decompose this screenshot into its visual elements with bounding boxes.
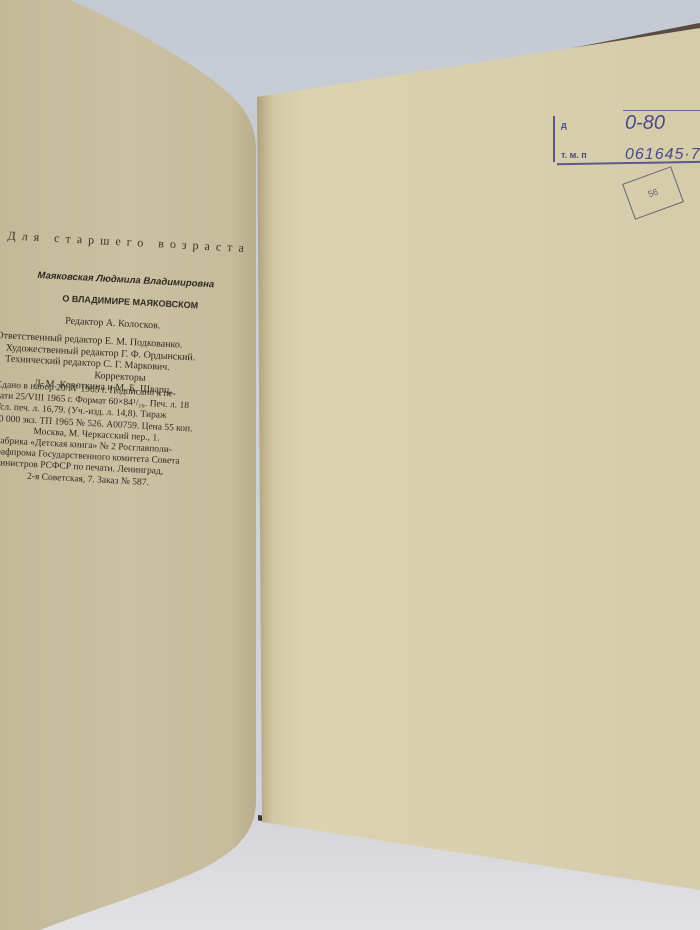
editor-credit: Редактор А. Колосков. [65, 316, 161, 332]
library-stamp: д 0-80 т. м. п 061645·7·9 56 [553, 104, 700, 224]
stamp-number-top: 0-80 [625, 112, 665, 135]
stamp-box: 56 [622, 166, 684, 219]
stamp-rule-top [623, 110, 700, 111]
stamp-label-top: д [561, 120, 567, 130]
publication-details: Сдано в набор 20/IV 1965 г. Подписано к … [0, 380, 195, 491]
stamp-label-bottom: т. м. п [561, 150, 587, 160]
author-name: Маяковская Людмила Владимировна [37, 270, 214, 290]
imprint-block: Для старшего возраста Маяковская Людмила… [0, 228, 250, 241]
stamp-bracket [553, 116, 555, 162]
left-page: Для старшего возраста Маяковская Людмила… [0, 0, 258, 930]
age-group-label: Для старшего возраста [7, 228, 250, 256]
book-title: О ВЛАДИМИРЕ МАЯКОВСКОМ [62, 293, 198, 310]
